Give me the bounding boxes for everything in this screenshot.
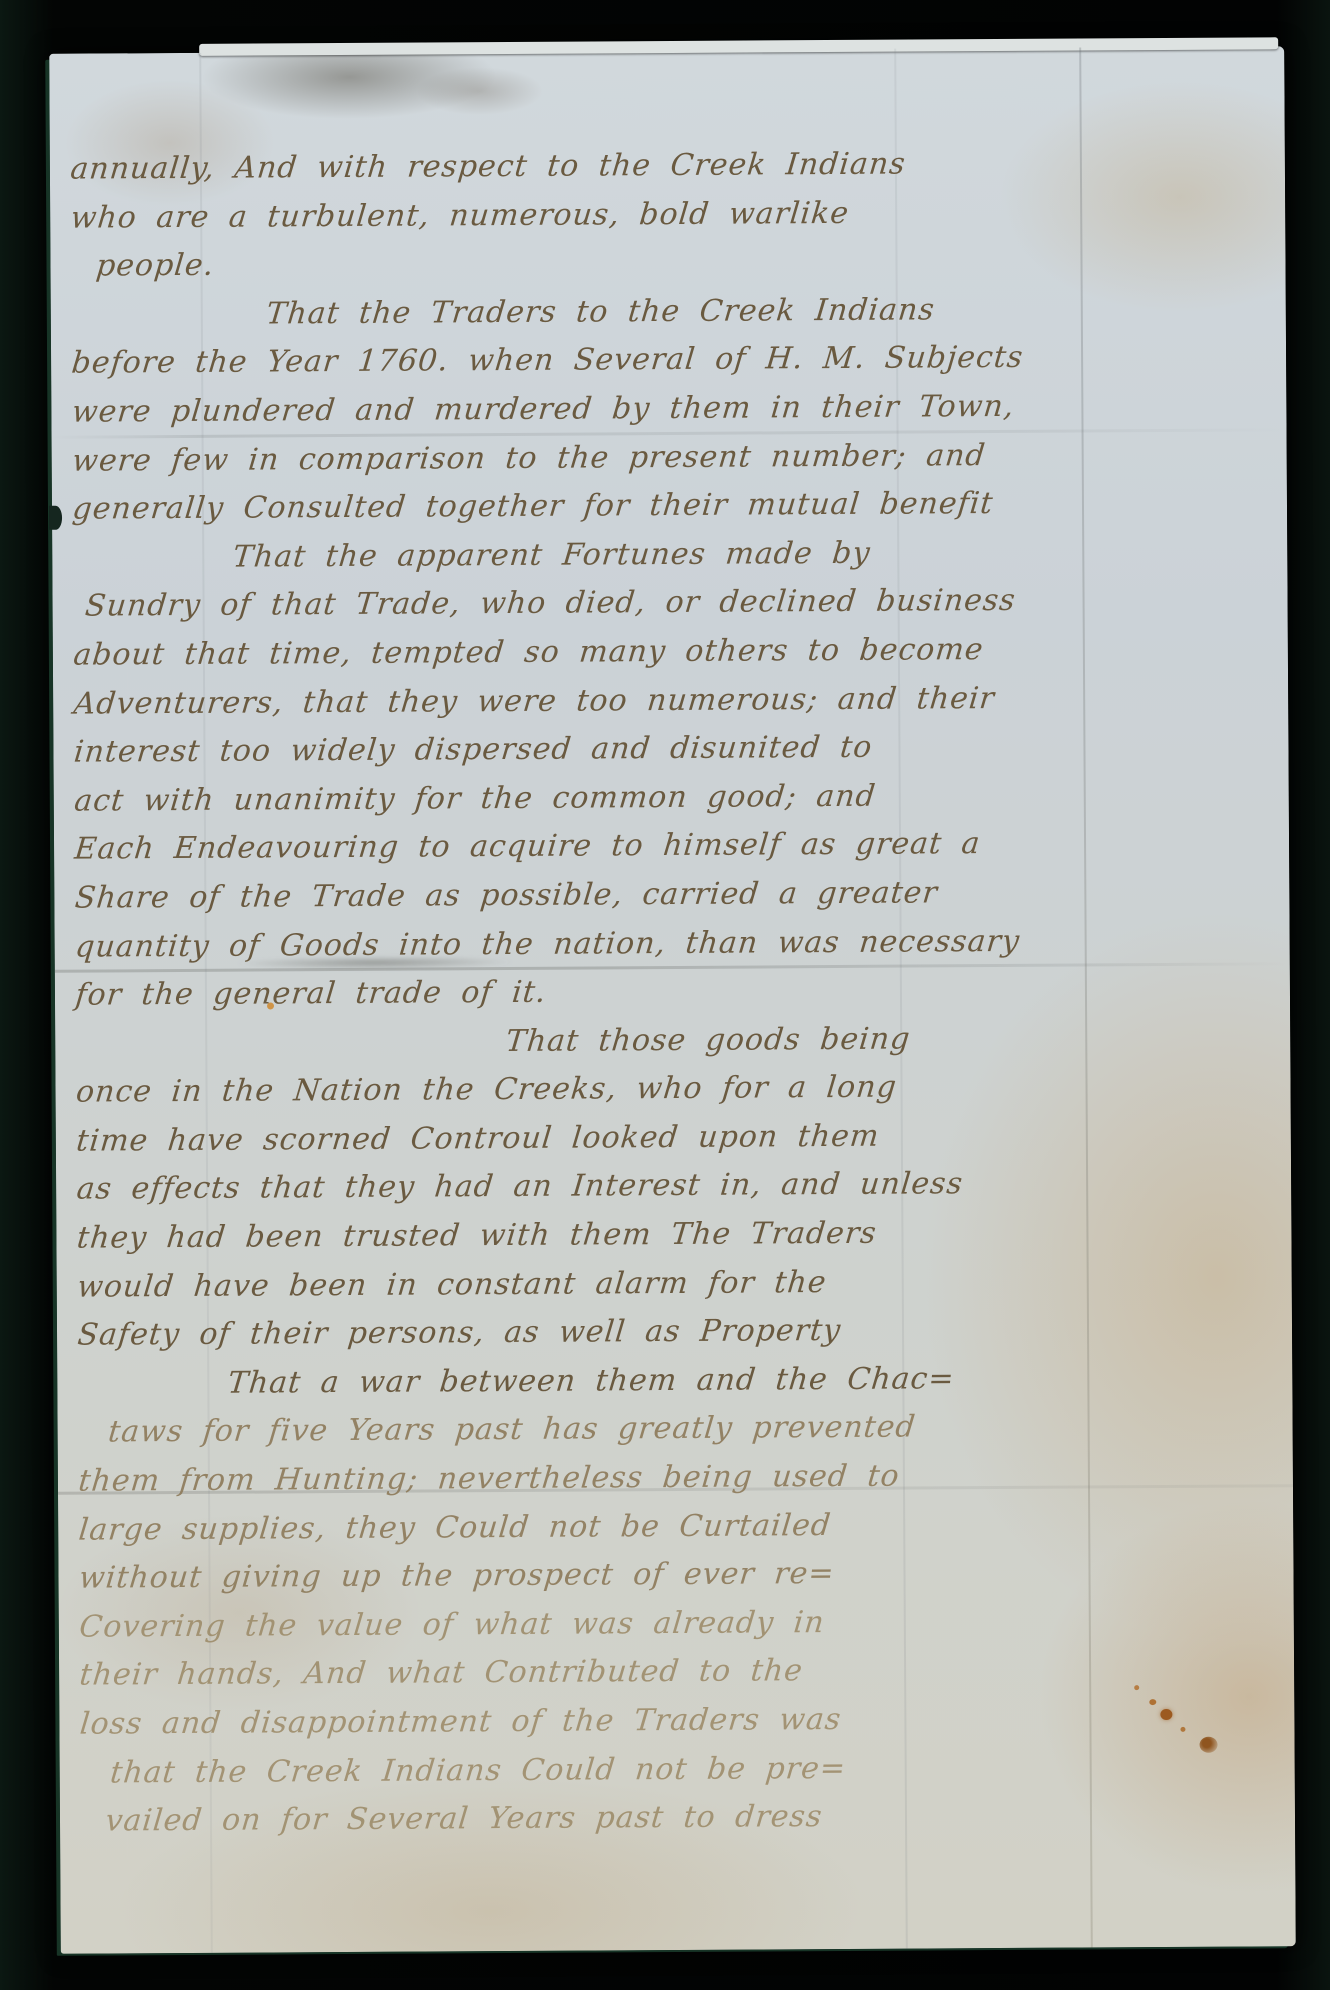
manuscript-line: that the Creek Indians Could not be pre= — [108, 1742, 1274, 1798]
manuscript-line: Safety of their persons, as well as Prop… — [75, 1305, 1271, 1361]
manuscript-line: once in the Nation the Creeks, who for a… — [74, 1062, 1270, 1118]
manuscript-line: were plundered and murdered by them in t… — [70, 381, 1266, 437]
manuscript-line: time have scorned Controul looked upon t… — [74, 1110, 1270, 1166]
manuscript-line: as effects that they had an Interest in,… — [74, 1159, 1270, 1215]
manuscript-line: Adventurers, that they were too numerous… — [71, 673, 1267, 729]
page-behind-edge — [199, 37, 1278, 56]
manuscript-line: were few in comparison to the present nu… — [70, 430, 1266, 486]
manuscript-line: Each Endeavouring to acquire to himself … — [72, 819, 1268, 875]
manuscript-line: act with unanimity for the common good; … — [72, 770, 1268, 826]
manuscript-line: they had been trusted with them The Trad… — [75, 1207, 1271, 1263]
manuscript-line: them from Hunting; nevertheless being us… — [76, 1450, 1272, 1506]
manuscript-line: people. — [94, 236, 1265, 292]
paper-tear — [49, 506, 62, 530]
manuscript-line: quantity of Goods into the nation, than … — [73, 916, 1269, 972]
manuscript-line: generally Consulted together for their m… — [70, 479, 1266, 535]
manuscript-line: for the general trade of it. — [73, 964, 1269, 1020]
manuscript-line: loss and disappointment of the Traders w… — [78, 1693, 1274, 1749]
manuscript-line: That a war between them and the Chac= — [225, 1353, 1271, 1408]
manuscript-line: before the Year 1760. when Several of H.… — [69, 333, 1265, 389]
manuscript-line: taws for five Years past has greatly pre… — [106, 1402, 1272, 1458]
manuscript-line: their hands, And what Contributed to the — [77, 1645, 1273, 1701]
manuscript-line: interest too widely dispersed and disuni… — [72, 721, 1268, 777]
manuscript-line: large supplies, they Could not be Curtai… — [76, 1499, 1272, 1555]
manuscript-line: That the apparent Fortunes made by — [230, 527, 1266, 582]
manuscript-page: annually, And with respect to the Creek … — [49, 46, 1296, 1954]
manuscript-line: about that time, tempted so many others … — [71, 624, 1267, 680]
manuscript-line: who are a turbulent, numerous, bold warl… — [68, 187, 1264, 243]
manuscript-line: would have been in constant alarm for th… — [75, 1256, 1271, 1312]
manuscript-line: Covering the value of what was already i… — [77, 1596, 1273, 1652]
scan-background: annually, And with respect to the Creek … — [0, 0, 1330, 1990]
manuscript-line: That those goods being — [503, 1013, 1269, 1066]
manuscript-line: Share of the Trade as possible, carried … — [73, 867, 1269, 923]
manuscript-line: Sundry of that Trade, who died, or decli… — [83, 576, 1267, 632]
manuscript-line: without giving up the prospect of ever r… — [77, 1548, 1273, 1604]
manuscript-line: That the Traders to the Creek Indians — [264, 284, 1265, 339]
manuscript-line: vailed on for Several Years past to dres… — [103, 1791, 1274, 1847]
manuscript-text: annually, And with respect to the Creek … — [68, 138, 1269, 1846]
manuscript-line: annually, And with respect to the Creek … — [68, 138, 1264, 194]
